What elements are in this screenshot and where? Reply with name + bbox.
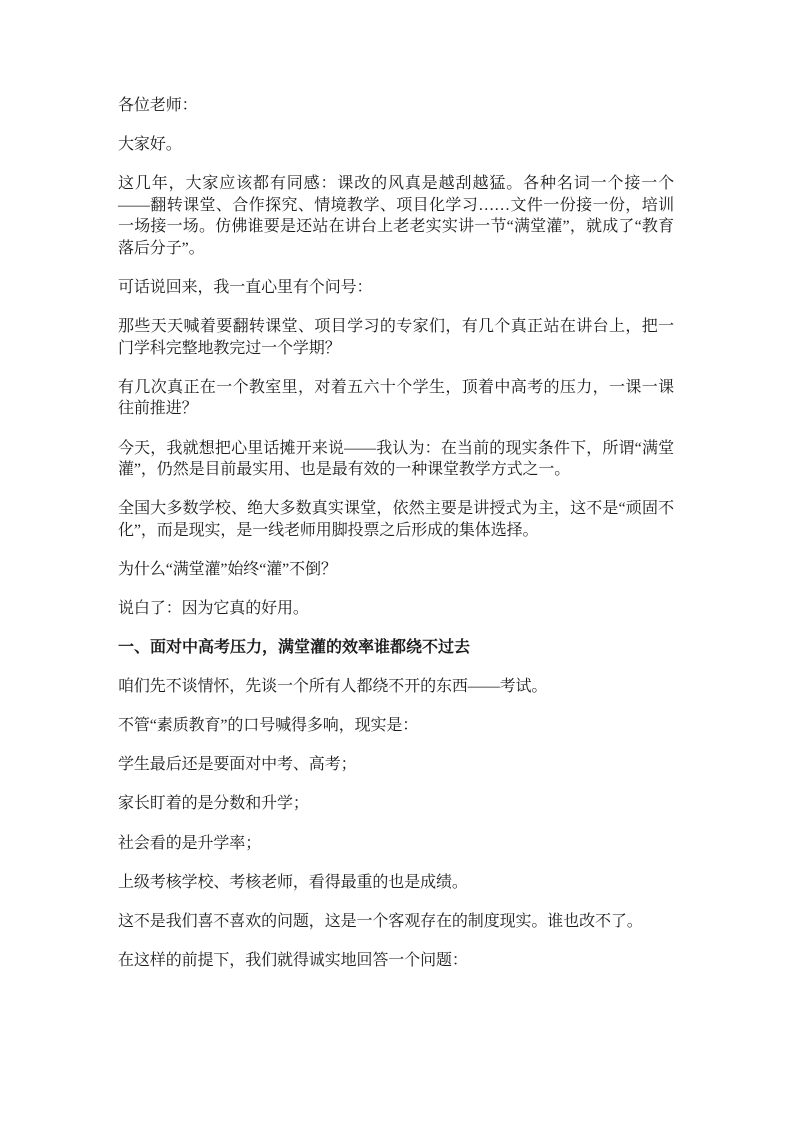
body-paragraph: 社会看的是升学率； (118, 833, 674, 855)
body-paragraph: 家长盯着的是分数和升学； (118, 793, 674, 815)
body-paragraph: 这几年，大家应该都有同感：课改的风真是越刮越猛。各种名词一个接一个——翻转课堂、… (118, 173, 674, 259)
body-paragraph: 那些天天喊着要翻转课堂、项目学习的专家们，有几个真正站在讲台上，把一门学科完整地… (118, 316, 674, 359)
body-paragraph: 全国大多数学校、绝大多数真实课堂，依然主要是讲授式为主，这不是“顽固不化”，而是… (118, 498, 674, 541)
section-heading: 一、面对中高考压力，满堂灌的效率谁都绕不过去 (118, 637, 674, 659)
body-paragraph: 学生最后还是要面对中考、高考； (118, 754, 674, 776)
body-paragraph: 为什么“满堂灌”始终“灌”不倒？ (118, 559, 674, 581)
body-paragraph: 有几次真正在一个教室里，对着五六十个学生，顶着中高考的压力，一课一课往前推进？ (118, 377, 674, 420)
body-paragraph: 这不是我们喜不喜欢的问题，这是一个客观存在的制度现实。谁也改不了。 (118, 911, 674, 933)
body-paragraph: 在这样的前提下，我们就得诚实地回答一个问题： (118, 950, 674, 972)
body-paragraph: 今天，我就想把心里话摊开来说——我认为：在当前的现实条件下，所谓“满堂灌”，仍然… (118, 438, 674, 481)
salutation-line: 各位老师： (118, 95, 674, 117)
body-paragraph: 可话说回来，我一直心里有个问号： (118, 277, 674, 299)
greeting-line: 大家好。 (118, 134, 674, 156)
document-page: 各位老师： 大家好。 这几年，大家应该都有同感：课改的风真是越刮越猛。各种名词一… (0, 0, 793, 1122)
body-paragraph: 说白了：因为它真的好用。 (118, 598, 674, 620)
body-paragraph: 咱们先不谈情怀，先谈一个所有人都绕不开的东西——考试。 (118, 676, 674, 698)
body-paragraph: 上级考核学校、考核老师，看得最重的也是成绩。 (118, 872, 674, 894)
body-paragraph: 不管“素质教育”的口号喊得多响，现实是： (118, 715, 674, 737)
